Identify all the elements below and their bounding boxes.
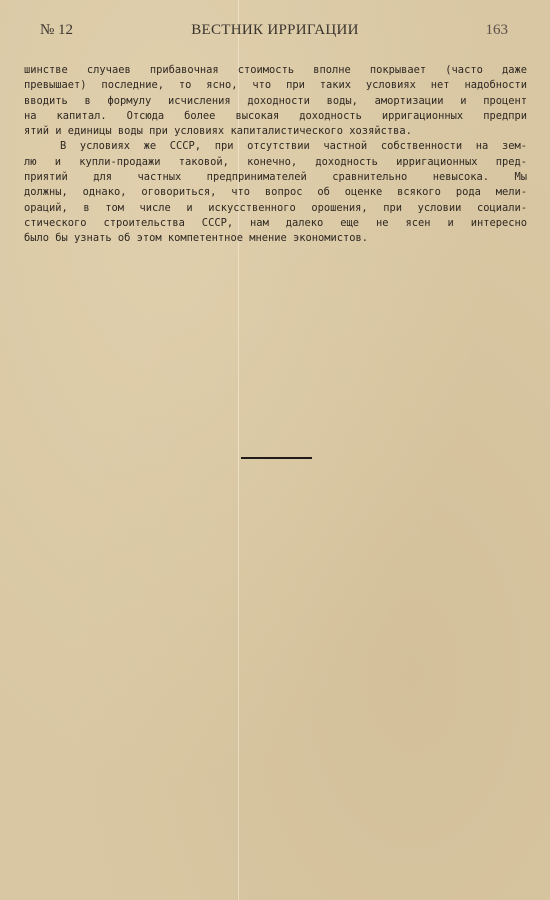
- text-line: шинстве случаев прибавочная стоимость вп…: [24, 63, 527, 78]
- text-line: должны, однако, оговориться, что вопрос …: [24, 185, 527, 200]
- paragraph-2: В условиях же СССР, при отсутствии частн…: [24, 139, 527, 246]
- article-text: шинстве случаев прибавочная стоимость вп…: [24, 63, 527, 247]
- text-line: было бы узнать об этом компетентное мнен…: [24, 231, 527, 246]
- page-header: № 12 ВЕСТНИК ИРРИГАЦИИ 163: [40, 22, 510, 44]
- text-line: лю и купли-продажи таковой, конечно, дох…: [24, 155, 527, 170]
- text-line: превышает) последние, то ясно, что при т…: [24, 78, 527, 93]
- text-line: приятий для частных предпринимателей сра…: [24, 170, 527, 185]
- page-number: 163: [486, 22, 509, 39]
- text-line: вводить в формулу исчисления доходности …: [24, 94, 527, 109]
- section-end-rule: [241, 457, 312, 459]
- text-line: ятий и единицы воды при условиях капитал…: [24, 124, 527, 139]
- text-line: стического строительства СССР, нам далек…: [24, 216, 527, 231]
- journal-title: ВЕСТНИК ИРРИГАЦИИ: [40, 22, 510, 39]
- text-line: ораций, в том числе и искусственного оро…: [24, 201, 527, 216]
- paragraph-1: шинстве случаев прибавочная стоимость вп…: [24, 63, 527, 139]
- text-line: на капитал. Отсюда более высокая доходно…: [24, 109, 527, 124]
- text-line: В условиях же СССР, при отсутствии частн…: [24, 139, 527, 154]
